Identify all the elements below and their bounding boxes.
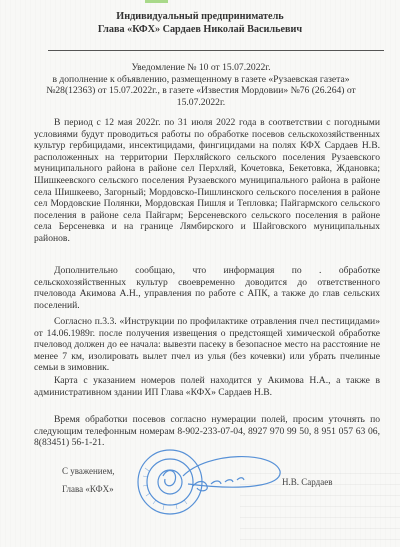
tab-marker <box>145 0 168 3</box>
header-divider <box>48 50 384 51</box>
paragraph-map: Карта с указанием номеров полей находитс… <box>34 375 380 398</box>
paragraph-text: Согласно п.3.3. «Инструкции по профилакт… <box>34 316 380 374</box>
notice-heading: Уведомление № 10 от 15.07.2022г. в допол… <box>36 62 366 108</box>
header-line-2: Глава «КФХ» Сардаев Николай Васильевич <box>0 23 400 36</box>
notice-title: Уведомление № 10 от 15.07.2022г. <box>36 62 366 74</box>
closing-greeting: С уважением, <box>62 466 115 476</box>
stamp-with-signature <box>133 446 283 521</box>
paragraph-additional-info: Дополнительно сообщаю, что информация по… <box>34 265 380 311</box>
paragraph-period: В период с 12 мая 2022г. по 31 июля 2022… <box>34 117 380 245</box>
closing-title: Глава «КФХ» <box>62 484 114 494</box>
paragraph-instruction: Согласно п.3.3. «Инструкции по профилакт… <box>34 316 380 374</box>
paragraph-contacts: Время обработки посевов согласно нумерац… <box>34 414 380 449</box>
paragraph-text: Время обработки посевов согласно нумерац… <box>34 414 380 449</box>
paragraph-text: Дополнительно сообщаю, что информация по… <box>34 265 380 311</box>
signer-name: Н.В. Сардаев <box>282 477 332 487</box>
header-line-1: Индивидуальный предприниматель <box>0 10 400 23</box>
paragraph-text: В период с 12 мая 2022г. по 31 июля 2022… <box>34 117 380 245</box>
document-header: Индивидуальный предприниматель Глава «КФ… <box>0 10 400 36</box>
notice-subtitle: в дополнение к объявлению, размещенному … <box>36 74 366 109</box>
paragraph-text: Карта с указанием номеров полей находитс… <box>34 375 380 398</box>
document-page: Индивидуальный предприниматель Глава «КФ… <box>0 0 400 547</box>
